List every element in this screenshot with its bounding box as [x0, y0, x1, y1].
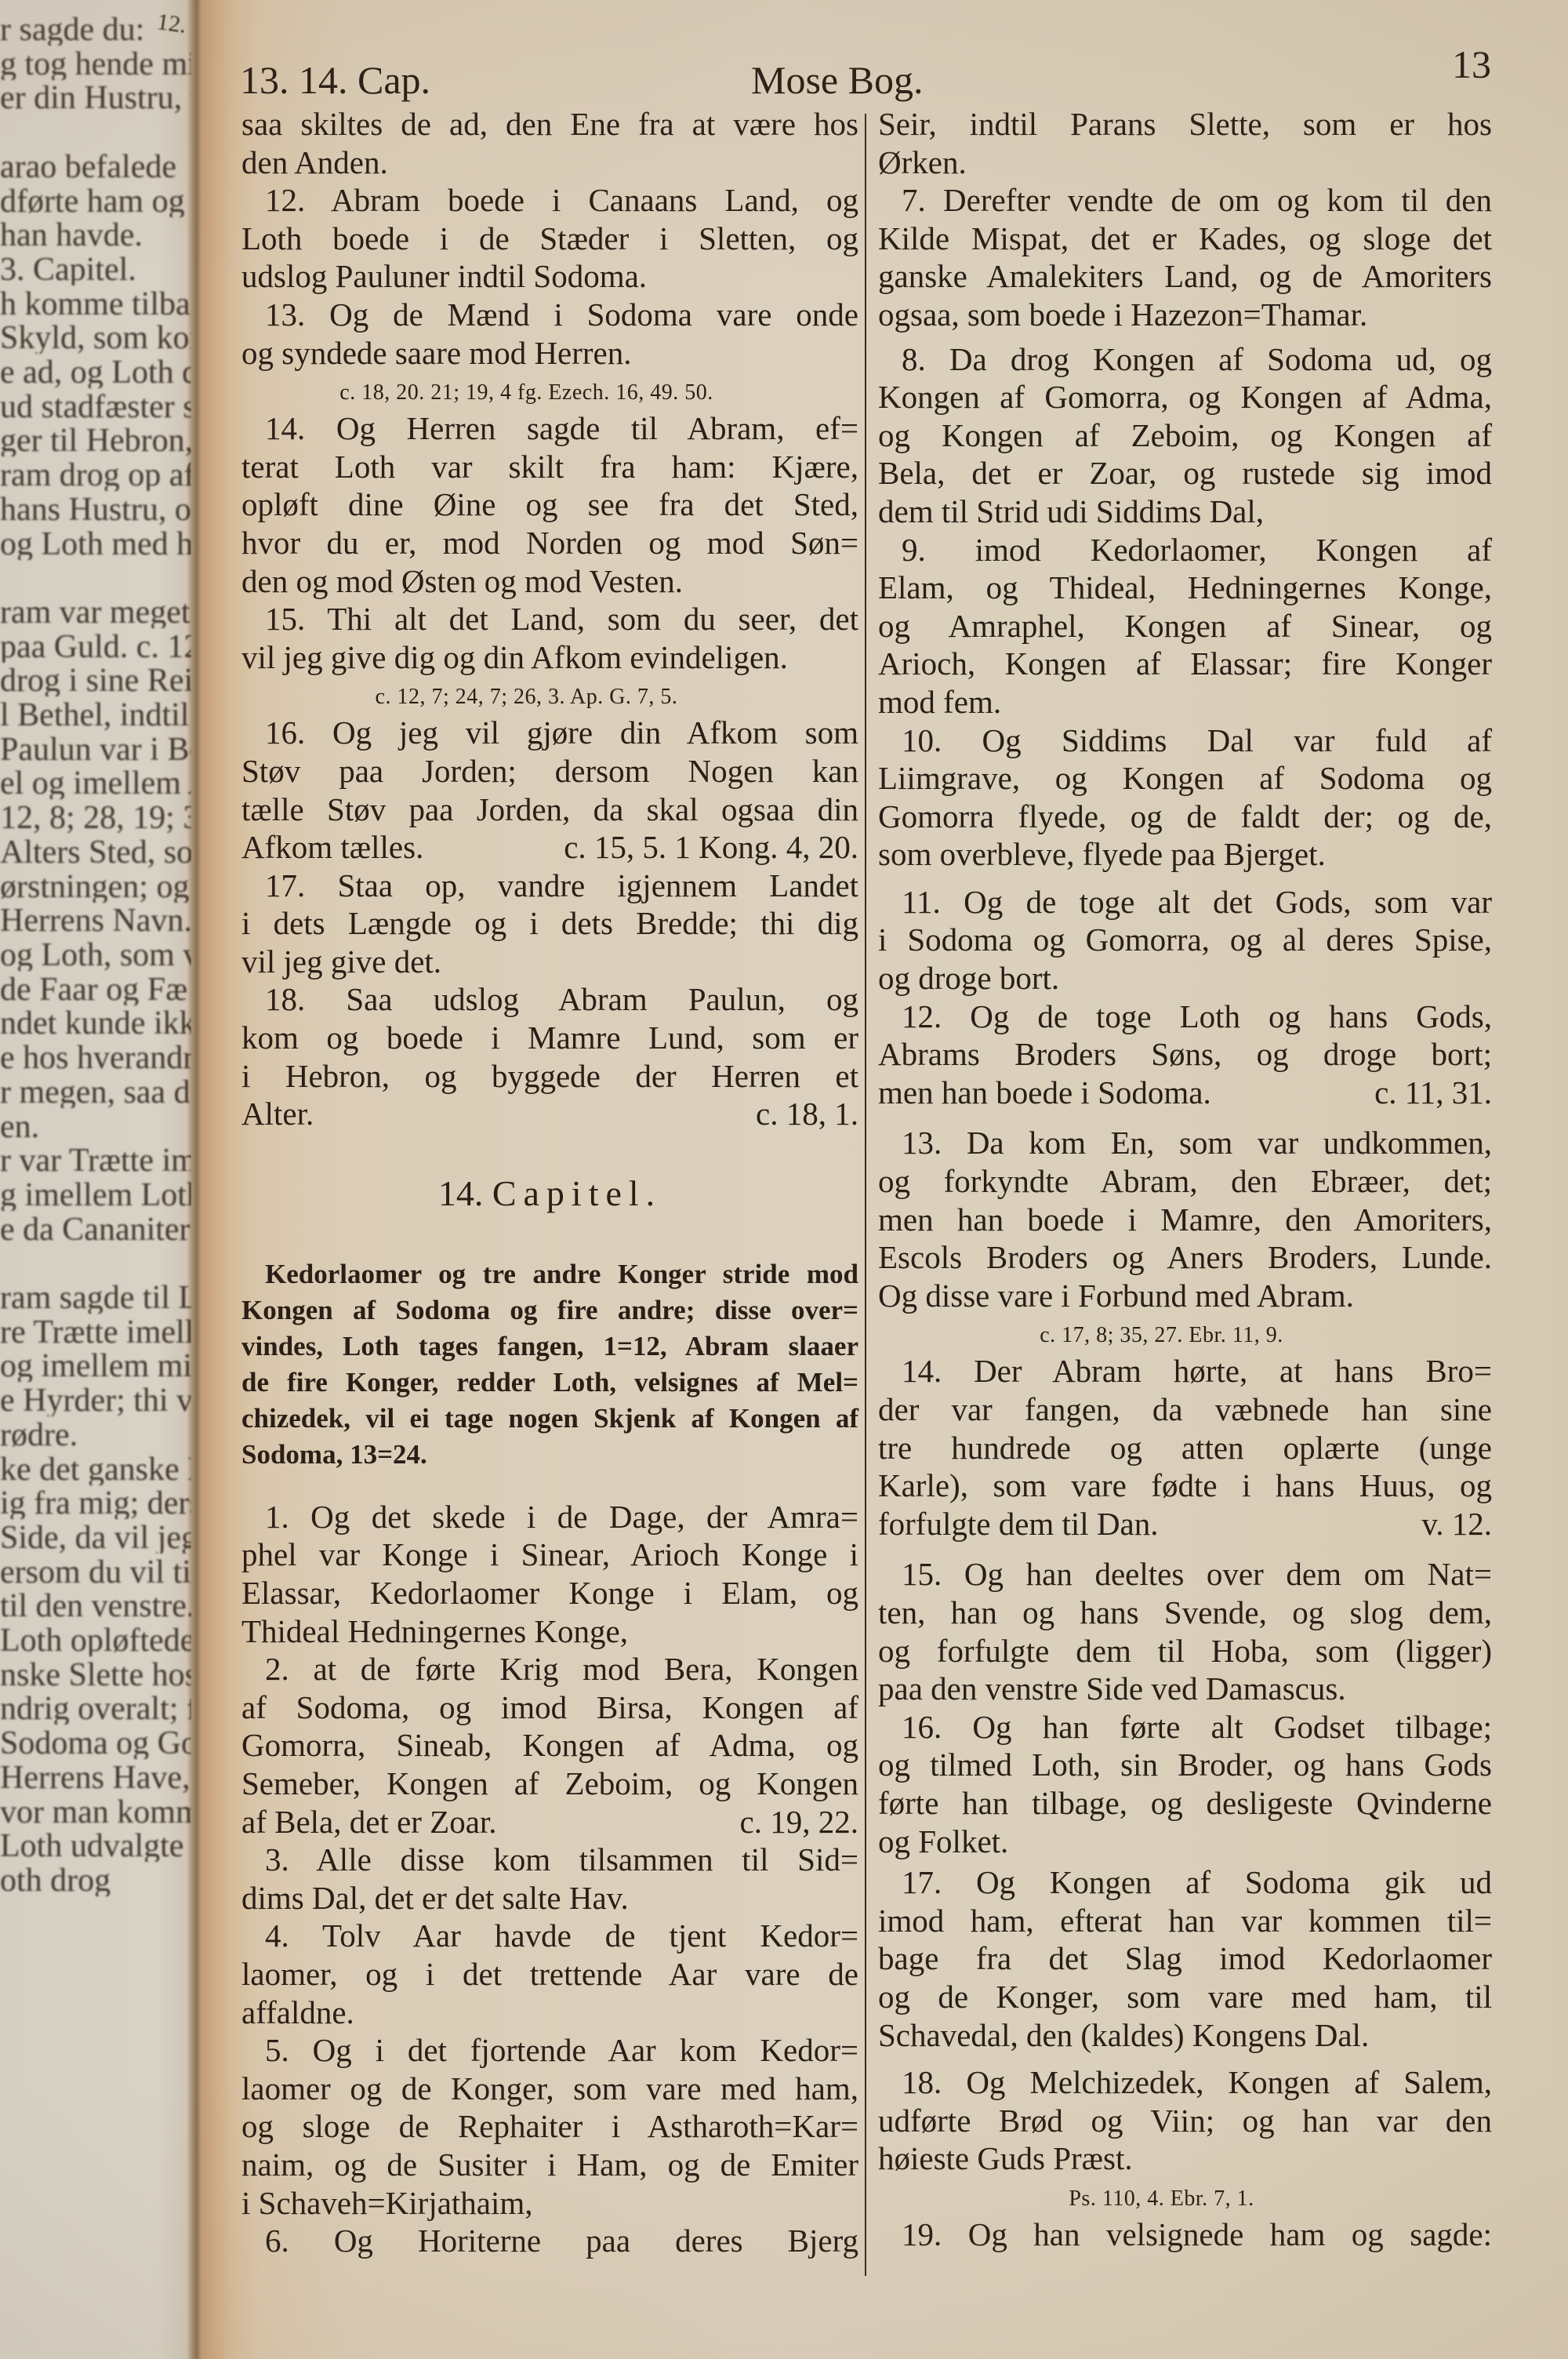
line-text: 15. Thi alt det Land, som du seer, det: [265, 601, 858, 637]
verse-16: 16. Og jeg vil gjøre din Afkom somStøv p…: [241, 714, 858, 866]
line-text: 16. Og han førte alt Godset tilbage;: [902, 1709, 1492, 1745]
line-text: 10. Og Siddims Dal var fuld af: [902, 722, 1492, 758]
cross-reference: c. 17, 8; 35, 27. Ebr. 11, 9.: [878, 1319, 1492, 1352]
line-text: 18. Og Melchizedek, Kongen af Salem,: [902, 2064, 1492, 2100]
text-line: 18. Saa udslog Abram Paulun, og: [241, 980, 858, 1019]
text-line: af Sodoma, og imod Birsa, Kongen af: [241, 1688, 858, 1727]
text-line: 19. Og han velsignede ham og sagde:: [878, 2215, 1492, 2254]
line-text: 5. Og i det fjortende Aar kom Kedor=: [265, 2032, 858, 2068]
line-text: i Schaveh=Kirjathaim,: [241, 2185, 533, 2221]
cross-reference: Ps. 110, 4. Ebr. 7, 1.: [878, 2183, 1492, 2215]
facing-page-line: og Loth med ham,: [0, 529, 191, 560]
facing-page-line: [0, 117, 191, 148]
text-line: Kongen af Sodoma og fire andre; disse ov…: [241, 1292, 858, 1329]
verse-number: 9.: [902, 532, 926, 568]
line-content: Liimgrave, og Kongen af Sodoma og: [878, 760, 1492, 796]
left-text-column: saa skiltes de ad, den Ene fra at være h…: [241, 105, 858, 2260]
line-content: ten, han og hans Svende, og slog dem,: [878, 1594, 1492, 1630]
line-content: laomer, og i det trettende Aar vare de: [241, 1956, 858, 1992]
verse-4: 4. Tolv Aar havde de tjent Kedor=laomer,…: [241, 1917, 858, 2031]
line-content: Ørken.: [878, 144, 967, 180]
text-line: i dets Længde og i dets Bredde; thi dig: [241, 904, 858, 943]
continuation: Seir, indtil Parans Slette, som er hosØr…: [878, 105, 1492, 181]
text-line: og syndede saare mod Herren.: [241, 334, 858, 373]
verse-7: 7. Derefter vendte de om og kom til denK…: [878, 181, 1492, 333]
chapter-summary: Kedorlaomer og tre andre Konger stride m…: [241, 1256, 858, 1473]
facing-page-line: til den venstre.: [0, 1590, 191, 1622]
text-line: 2. at de førte Krig mod Bera, Kongen: [241, 1650, 858, 1688]
verse-number: 13.: [902, 1125, 942, 1161]
text-line: 13. Da kom En, som var undkommen,: [878, 1124, 1492, 1162]
line-text: og Folket.: [878, 1823, 1008, 1859]
facing-page-line: hans Hustru, og: [0, 494, 191, 525]
verse-number: 7.: [902, 182, 926, 218]
line-text: de fire Konger, redder Loth, velsignes a…: [241, 1367, 858, 1398]
line-text: forfulgte dem til Dan.: [878, 1505, 1159, 1543]
line-content: Schavedal, den (kaldes) Kongens Dal.: [878, 2017, 1369, 2053]
verse-14: 14. Og Herren sagde til Abram, ef=terat …: [241, 409, 858, 600]
text-line: hvor du er, mod Norden og mod Søn=: [241, 524, 858, 562]
text-line: og Folket.: [878, 1823, 1492, 1861]
facing-page-line: ndet kunde ikke taale: [0, 1008, 191, 1039]
line-content: Og Horiterne paa deres Bjerg: [334, 2223, 858, 2259]
text-line: forfulgte dem til Dan.v. 12.: [878, 1505, 1492, 1543]
text-line: 8. Da drog Kongen af Sodoma ud, og: [878, 340, 1492, 379]
text-line: Semeber, Kongen af Zeboim, og Kongen: [241, 1765, 858, 1803]
text-line: naim, og de Susiter i Ham, og de Emiter: [241, 2146, 858, 2184]
facing-page-line: h komme tilbage til Bethel: [0, 289, 191, 320]
verse-number: 4.: [265, 1917, 289, 1954]
line-content: Gomorra, Sineab, Kongen af Adma, og: [241, 1727, 858, 1763]
line-text: dem til Strid udi Siddims Dal,: [878, 493, 1264, 529]
verse-6: 6. Og Horiterne paa deres Bjerg: [241, 2222, 858, 2260]
facing-page-line: arao befalede: [0, 151, 191, 183]
line-text: Karle), som vare fødte i hans Huus, og: [878, 1467, 1492, 1503]
text-line: høieste Guds Præst.: [878, 2139, 1492, 2178]
facing-page-line: e hos hverandre; thi: [0, 1042, 191, 1074]
line-text: 16. Og jeg vil gjøre din Afkom som: [265, 714, 858, 751]
facing-page-line: og Loth, som vandr: [0, 940, 191, 971]
text-line: dims Dal, det er det salte Hav.: [241, 1879, 858, 1917]
text-line: 6. Og Horiterne paa deres Bjerg: [241, 2222, 858, 2260]
line-content: og Kongen af Zeboim, og Kongen af: [878, 417, 1492, 453]
facing-page-line: l Bethel, indtil det: [0, 700, 191, 731]
line-text: 12. Og de toge Loth og hans Gods,: [902, 998, 1492, 1034]
line-content: Og de toge Loth og hans Gods,: [970, 998, 1492, 1034]
facing-page-line: Sodoma og Gomorra: [0, 1728, 191, 1759]
line-content: Og han velsignede ham og sagde:: [968, 2216, 1492, 2252]
line-content: vindes, Loth tages fangen, 1=12, Abram s…: [241, 1331, 858, 1361]
line-content: Elam, og Thideal, Hedningernes Konge,: [878, 569, 1492, 605]
text-line: 5. Og i det fjortende Aar kom Kedor=: [241, 2031, 858, 2070]
text-line: Thideal Hedningernes Konge,: [241, 1612, 858, 1651]
line-content: Thideal Hedningernes Konge,: [241, 1613, 628, 1649]
chapter-number: 14.: [438, 1173, 484, 1213]
verse-number: 13.: [265, 296, 305, 333]
line-content: Abram boede i Canaans Land, og: [331, 182, 858, 218]
facing-page-line: de Faar og Fæ og: [0, 974, 191, 1005]
verse-15: 15. Thi alt det Land, som du seer, detvi…: [241, 600, 858, 676]
text-line: laomer, og i det trettende Aar vare de: [241, 1955, 858, 1994]
facing-page-line: ud stadfæster sine Forjæt: [0, 391, 191, 423]
line-text: Kongen af Sodoma og fire andre; disse ov…: [241, 1295, 858, 1325]
text-line: 14. Der Abram hørte, at hans Bro=: [878, 1352, 1492, 1390]
line-content: laomer og de Konger, som vare med ham,: [241, 2070, 858, 2106]
facing-page-strip: 12. 1 r sagde du:g tog hende mig tiler d…: [0, 0, 191, 2359]
line-text: naim, og de Susiter i Ham, og de Emiter: [241, 2146, 858, 2183]
verse-number: 6.: [265, 2223, 289, 2259]
facing-page-line: ersom du vil til den: [0, 1557, 191, 1588]
line-content: chizedek, vil ei tage nogen Skjenk af Ko…: [241, 1403, 858, 1434]
line-text: Bela, det er Zoar, og rustede sig imod: [878, 455, 1492, 491]
facing-page-line: re Trætte imellem: [0, 1317, 191, 1348]
line-content: Og jeg vil gjøre din Afkom som: [332, 714, 858, 751]
line-text: ten, han og hans Svende, og slog dem,: [878, 1594, 1492, 1630]
facing-page-line: en.: [0, 1111, 191, 1143]
chapter-heading: 14. Capitel.: [241, 1170, 858, 1217]
text-line: Schavedal, den (kaldes) Kongens Dal.: [878, 2016, 1492, 2055]
line-text: laomer og de Konger, som vare med ham,: [241, 2070, 858, 2106]
facing-page-line: Loth udvalgte sig al: [0, 1830, 191, 1862]
line-content: og droge bort.: [878, 960, 1059, 996]
line-content: og forkyndte Abram, den Ebræer, det;: [878, 1163, 1492, 1199]
line-text: Kedorlaomer og tre andre Konger stride m…: [265, 1259, 858, 1289]
line-content: udslog Pauluner indtil Sodoma.: [241, 258, 647, 294]
facing-page-line: han havde.: [0, 220, 191, 251]
text-line: Elassar, Kedorlaomer Konge i Elam, og: [241, 1574, 858, 1612]
verse-17: 17. Og Kongen af Sodoma gik udimod ham, …: [878, 1863, 1492, 2054]
verse-12: 12. Og de toge Loth og hans Gods,Abrams …: [878, 998, 1492, 1112]
text-line: Gomorra, Sineab, Kongen af Adma, og: [241, 1726, 858, 1765]
line-content: at de førte Krig mod Bera, Kongen: [313, 1651, 858, 1687]
line-content: og Folket.: [878, 1823, 1008, 1859]
line-text: men han boede i Mamre, den Amoriters,: [878, 1201, 1492, 1238]
line-text: og sloge de Rephaiter i Astharoth=Kar=: [241, 2108, 858, 2144]
line-text: ogsaa, som boede i Hazezon=Thamar.: [878, 296, 1367, 333]
line-content: den Anden.: [241, 144, 388, 180]
line-content: Loth boede i de Stæder i Sletten, og: [241, 220, 858, 256]
text-line: Sodoma, 13=24.: [241, 1437, 858, 1473]
running-header-chapters: 13. 14. Cap.: [240, 56, 430, 104]
line-content: tre hundrede og atten oplærte (unge: [878, 1430, 1492, 1466]
facing-page-line: Herrens Navn. c.: [0, 905, 191, 936]
inline-cross-reference: c. 11, 31.: [1374, 1074, 1492, 1112]
text-line: Loth boede i de Stæder i Sletten, og: [241, 220, 858, 258]
text-line: 13. Og de Mænd i Sodoma vare onde: [241, 296, 858, 334]
line-text: vil jeg give det.: [241, 943, 441, 980]
line-text: phel var Konge i Sinear, Arioch Konge i: [241, 1536, 858, 1572]
text-line: 17. Og Kongen af Sodoma gik ud: [878, 1863, 1492, 1902]
verse-10: 10. Og Siddims Dal var fuld afLiimgrave,…: [878, 722, 1492, 874]
text-line: ogsaa, som boede i Hazezon=Thamar.: [878, 296, 1492, 334]
facing-page-line: ram sagde til Loth:: [0, 1282, 191, 1314]
verse-number: 15.: [265, 601, 305, 637]
facing-page-line: [0, 1248, 191, 1279]
line-content: Staa op, vandre igjennem Landet: [337, 867, 858, 903]
text-line: de fire Konger, redder Loth, velsignes a…: [241, 1365, 858, 1401]
line-text: ganske Amalekiters Land, og de Amoriters: [878, 258, 1492, 294]
line-content: tælle Støv paa Jorden, da skal ogsaa din: [241, 791, 858, 827]
line-text: der var fangen, da væbnede han sine: [878, 1391, 1492, 1427]
text-line: dem til Strid udi Siddims Dal,: [878, 493, 1492, 531]
line-text: Abrams Broders Søns, og droge bort;: [878, 1036, 1492, 1072]
facing-page-line: paa Guld. c. 12, 16;: [0, 631, 191, 663]
verse-18: 18. Saa udslog Abram Paulun, ogkom og bo…: [241, 980, 858, 1132]
line-content: ogsaa, som boede i Hazezon=Thamar.: [878, 296, 1367, 333]
facing-page-line: g imellem Loths: [0, 1179, 191, 1211]
text-line: 10. Og Siddims Dal var fuld af: [878, 722, 1492, 760]
line-text: Kongen af Gomorra, og Kongen af Adma,: [878, 379, 1492, 415]
line-text: 7. Derefter vendte de om og kom til den: [902, 182, 1492, 218]
line-text: 12. Abram boede i Canaans Land, og: [265, 182, 858, 218]
verse-number: 18.: [902, 2064, 942, 2100]
line-content: og tilmed Loth, sin Broder, og hans Gods: [878, 1747, 1492, 1783]
line-text: 2. at de førte Krig mod Bera, Kongen: [265, 1651, 858, 1687]
text-line: vil jeg give det.: [241, 943, 858, 981]
verse-9: 9. imod Kedorlaomer, Kongen afElam, og T…: [878, 531, 1492, 722]
line-content: som overbleve, flyede paa Bjerget.: [878, 836, 1326, 872]
text-line: 12. Abram boede i Canaans Land, og: [241, 181, 858, 220]
line-content: i Sodoma og Gomorra, og al deres Spise,: [878, 921, 1492, 958]
line-content: Kongen af Gomorra, og Kongen af Adma,: [878, 379, 1492, 415]
line-content: de fire Konger, redder Loth, velsignes a…: [241, 1367, 858, 1398]
line-text: af Sodoma, og imod Birsa, Kongen af: [241, 1689, 858, 1725]
text-line: kom og boede i Mamre Lund, som er: [241, 1019, 858, 1057]
text-line: imod ham, efterat han var kommen til=: [878, 1902, 1492, 1940]
verse-number: 19.: [902, 2216, 942, 2252]
line-text: 11. Og de toge alt det Gods, som var: [902, 884, 1492, 920]
line-text: og tilmed Loth, sin Broder, og hans Gods: [878, 1747, 1492, 1783]
facing-page-line: ørstningen; og Abram: [0, 871, 191, 903]
line-text: Støv paa Jorden; dersom Nogen kan: [241, 753, 858, 789]
text-line: 9. imod Kedorlaomer, Kongen af: [878, 531, 1492, 569]
text-line: ten, han og hans Svende, og slog dem,: [878, 1594, 1492, 1632]
line-content: Da drog Kongen af Sodoma ud, og: [949, 341, 1492, 377]
facing-page-line: ger til Hebron, 14:18.: [0, 425, 191, 456]
text-line: 16. Og jeg vil gjøre din Afkom som: [241, 714, 858, 752]
verse-number: 8.: [902, 341, 926, 377]
verse-16: 16. Og han førte alt Godset tilbage;og t…: [878, 1708, 1492, 1860]
line-content: kom og boede i Mamre Lund, som er: [241, 1020, 858, 1056]
verse-13: 13. Og de Mænd i Sodoma vare ondeog synd…: [241, 296, 858, 372]
line-content: Bela, det er Zoar, og rustede sig imod: [878, 455, 1492, 491]
line-content: ganske Amalekiters Land, og de Amoriters: [878, 258, 1492, 294]
line-text: og droge bort.: [878, 960, 1059, 996]
line-content: Og Melchizedek, Kongen af Salem,: [966, 2064, 1492, 2100]
line-content: vil jeg give dig og din Afkom evindelige…: [241, 639, 788, 675]
text-line: 17. Staa op, vandre igjennem Landet: [241, 867, 858, 905]
line-content: Og i det fjortende Aar kom Kedor=: [313, 2032, 858, 2068]
line-content: Støv paa Jorden; dersom Nogen kan: [241, 753, 858, 789]
line-content: Alter.: [241, 1096, 314, 1132]
text-line: ganske Amalekiters Land, og de Amoriters: [878, 257, 1492, 296]
line-content: i Hebron, og byggede der Herren et: [241, 1058, 858, 1094]
facing-page-line: oth drog: [0, 1865, 191, 1896]
line-text: 13. Da kom En, som var undkommen,: [902, 1125, 1492, 1161]
text-line: 1. Og det skede i de Dage, der Amra=: [241, 1498, 858, 1536]
line-content: Og disse vare i Forbund med Abram.: [878, 1278, 1354, 1314]
line-text: dims Dal, det er det salte Hav.: [241, 1880, 629, 1916]
line-text: Sodoma, 13=24.: [241, 1439, 427, 1470]
text-line: 15. Og han deeltes over dem om Nat=: [878, 1555, 1492, 1594]
line-content: dem til Strid udi Siddims Dal,: [878, 493, 1264, 529]
line-content: Thi alt det Land, som du seer, det: [327, 601, 858, 637]
line-text: bage fra det Slag imod Kedorlaomer: [878, 1940, 1492, 1976]
verse-13: 13. Da kom En, som var undkommen,og fork…: [878, 1124, 1492, 1314]
line-text: og Amraphel, Kongen af Sinear, og: [878, 608, 1492, 644]
line-content: udførte Brød og Viin; og han var den: [878, 2103, 1492, 2139]
verse-number: 17.: [265, 867, 305, 903]
line-text: Arioch, Kongen af Elassar; fire Konger: [878, 645, 1492, 682]
verse-17: 17. Staa op, vandre igjennem Landeti det…: [241, 867, 858, 981]
verse-3: 3. Alle disse kom tilsammen til Sid=dims…: [241, 1841, 858, 1917]
line-content: mod fem.: [878, 684, 1001, 720]
verse-number: 11.: [902, 884, 941, 920]
continuation: saa skiltes de ad, den Ene fra at være h…: [241, 105, 858, 181]
facing-page-line: Paulun var i Begyn: [0, 734, 191, 765]
text-line: Seir, indtil Parans Slette, som er hos: [878, 105, 1492, 144]
facing-page-line: nske Slette hos Jordan: [0, 1659, 191, 1691]
text-line: den Anden.: [241, 144, 858, 182]
line-content: høieste Guds Præst.: [878, 2140, 1133, 2176]
text-line: tre hundrede og atten oplærte (unge: [878, 1429, 1492, 1467]
text-line: og sloge de Rephaiter i Astharoth=Kar=: [241, 2107, 858, 2146]
line-content: Kedorlaomer og tre andre Konger stride m…: [265, 1259, 858, 1289]
line-text: 19. Og han velsignede ham og sagde:: [902, 2216, 1492, 2252]
verse-number: 5.: [265, 2032, 289, 2068]
text-line: i Hebron, og byggede der Herren et: [241, 1057, 858, 1096]
line-text: Elam, og Thideal, Hedningernes Konge,: [878, 569, 1492, 605]
line-text: Elassar, Kedorlaomer Konge i Elam, og: [241, 1575, 858, 1611]
line-content: førte han tilbage, og desligeste Qvinder…: [878, 1785, 1492, 1821]
text-line: Kilde Mispat, det er Kades, og sloge det: [878, 220, 1492, 258]
inline-cross-reference: c. 15, 5. 1 Kong. 4, 20.: [564, 828, 858, 867]
line-content: Arioch, Kongen af Elassar; fire Konger: [878, 645, 1492, 682]
line-text: og syndede saare mod Herren.: [241, 335, 632, 371]
line-text: 13. Og de Mænd i Sodoma vare onde: [265, 296, 858, 333]
line-text: i dets Længde og i dets Bredde; thi dig: [241, 905, 858, 941]
facing-page-line: r var Trætte imellem: [0, 1145, 191, 1176]
text-line: og Kongen af Zeboim, og Kongen af: [878, 416, 1492, 455]
line-content: terat Loth var skilt fra ham: Kjære,: [241, 449, 858, 485]
facing-page-line: ig fra mig; dersom: [0, 1488, 191, 1519]
line-content: forfulgte dem til Dan.: [878, 1506, 1159, 1542]
line-content: Semeber, Kongen af Zeboim, og Kongen: [241, 1765, 858, 1801]
line-content: og forfulgte dem til Hoba, som (ligger): [878, 1633, 1492, 1669]
line-content: og Amraphel, Kongen af Sinear, og: [878, 608, 1492, 644]
line-content: Escols Broders og Aners Broders, Lunde.: [878, 1239, 1492, 1275]
line-text: 17. Staa op, vandre igjennem Landet: [265, 867, 858, 903]
facing-page-line: er din Hustru, tag: [0, 82, 191, 114]
line-content: paa den venstre Side ved Damascus.: [878, 1670, 1346, 1707]
column-divider: [865, 114, 866, 2276]
line-text: hvor du er, mod Norden og mod Søn=: [241, 525, 858, 561]
page-number: 13: [1435, 41, 1491, 88]
line-text: mod fem.: [878, 684, 1001, 720]
line-content: Seir, indtil Parans Slette, som er hos: [878, 106, 1492, 142]
line-text: 9. imod Kedorlaomer, Kongen af: [902, 532, 1492, 568]
line-text: 1. Og det skede i de Dage, der Amra=: [265, 1499, 858, 1535]
line-text: 14. Der Abram hørte, at hans Bro=: [902, 1353, 1492, 1389]
facing-page-line: Alters Sted, som han: [0, 837, 191, 868]
verse-15: 15. Og han deeltes over dem om Nat=ten, …: [878, 1555, 1492, 1707]
line-content: og sloge de Rephaiter i Astharoth=Kar=: [241, 2108, 858, 2144]
text-line: affaldne.: [241, 1994, 858, 2032]
line-content: naim, og de Susiter i Ham, og de Emiter: [241, 2146, 858, 2183]
line-content: af Bela, det er Zoar.: [241, 1804, 497, 1840]
line-text: Liimgrave, og Kongen af Sodoma og: [878, 760, 1492, 796]
line-text: Escols Broders og Aners Broders, Lunde.: [878, 1239, 1492, 1275]
verse-19: 19. Og han velsignede ham og sagde:: [878, 2215, 1492, 2254]
line-text: vil jeg give dig og din Afkom evindelige…: [241, 639, 788, 675]
facing-page-line: drog i sine Reiser: [0, 665, 191, 696]
facing-page-line: ram drog op af: [0, 460, 191, 491]
text-line: som overbleve, flyede paa Bjerget.: [878, 835, 1492, 874]
line-content: dims Dal, det er det salte Hav.: [241, 1880, 629, 1916]
line-content: affaldne.: [241, 1994, 354, 2030]
text-line: Escols Broders og Aners Broders, Lunde.: [878, 1238, 1492, 1277]
text-line: den og mod Østen og mod Vesten.: [241, 562, 858, 601]
line-content: Og det skede i de Dage, der Amra=: [310, 1499, 858, 1535]
line-text: Gomorra, Sineab, Kongen af Adma, og: [241, 1727, 858, 1763]
line-content: imod Kedorlaomer, Kongen af: [975, 532, 1492, 568]
facing-page-line: ke det ganske Land: [0, 1454, 191, 1485]
line-content: i Schaveh=Kirjathaim,: [241, 2185, 533, 2221]
line-text: Alter.: [241, 1095, 314, 1133]
text-line: Karle), som vare fødte i hans Huus, og: [878, 1467, 1492, 1505]
line-text: imod ham, efterat han var kommen til=: [878, 1903, 1492, 1939]
facing-page-line: g tog hende mig til: [0, 49, 191, 80]
line-content: Da kom En, som var undkommen,: [967, 1125, 1492, 1161]
line-content: Kongen af Sodoma og fire andre; disse ov…: [241, 1295, 858, 1325]
line-text: 18. Saa udslog Abram Paulun, og: [265, 981, 858, 1017]
line-text: tre hundrede og atten oplærte (unge: [878, 1430, 1492, 1466]
line-text: høieste Guds Præst.: [878, 2140, 1133, 2176]
text-line: der var fangen, da væbnede han sine: [878, 1390, 1492, 1429]
line-content: Og Herren sagde til Abram, ef=: [336, 410, 858, 446]
line-content: phel var Konge i Sinear, Arioch Konge i: [241, 1536, 858, 1572]
line-content: Saa udslog Abram Paulun, og: [346, 981, 858, 1017]
text-line: terat Loth var skilt fra ham: Kjære,: [241, 448, 858, 486]
text-line: udslog Pauluner indtil Sodoma.: [241, 257, 858, 296]
text-line: Kedorlaomer og tre andre Konger stride m…: [241, 1256, 858, 1292]
line-text: 6. Og Horiterne paa deres Bjerg: [265, 2223, 858, 2259]
line-content: men han boede i Mamre, den Amoriters,: [878, 1201, 1492, 1238]
line-text: af Bela, det er Zoar.: [241, 1803, 497, 1841]
line-text: laomer, og i det trettende Aar vare de: [241, 1956, 858, 1992]
text-line: i Sodoma og Gomorra, og al deres Spise,: [878, 921, 1492, 959]
line-text: 14. Og Herren sagde til Abram, ef=: [265, 410, 858, 446]
line-text: og forfulgte dem til Hoba, som (ligger): [878, 1633, 1492, 1669]
text-line: 4. Tolv Aar havde de tjent Kedor=: [241, 1917, 858, 1955]
line-text: førte han tilbage, og desligeste Qvinder…: [878, 1785, 1492, 1821]
line-text: tælle Støv paa Jorden, da skal ogsaa din: [241, 791, 858, 827]
text-line: Afkom tælles.c. 15, 5. 1 Kong. 4, 20.: [241, 828, 858, 867]
text-line: 16. Og han førte alt Godset tilbage;: [878, 1708, 1492, 1747]
cross-reference: c. 18, 20. 21; 19, 4 fg. Ezech. 16, 49. …: [241, 376, 858, 409]
line-content: saa skiltes de ad, den Ene fra at være h…: [241, 106, 858, 142]
facing-page-line: e ad, og Loth drager: [0, 357, 191, 388]
text-line: Elam, og Thideal, Hedningernes Konge,: [878, 569, 1492, 607]
text-line: laomer og de Konger, som vare med ham,: [241, 2070, 858, 2108]
line-content: Elassar, Kedorlaomer Konge i Elam, og: [241, 1575, 858, 1611]
text-line: Ørken.: [878, 144, 1492, 182]
facing-page-line: Herrens Have, som: [0, 1762, 191, 1794]
facing-page-line: Loth opløftede sine: [0, 1625, 191, 1656]
line-text: Semeber, Kongen af Zeboim, og Kongen: [241, 1765, 858, 1801]
text-line: og forfulgte dem til Hoba, som (ligger): [878, 1632, 1492, 1670]
line-text: den og mod Østen og mod Vesten.: [241, 563, 683, 599]
